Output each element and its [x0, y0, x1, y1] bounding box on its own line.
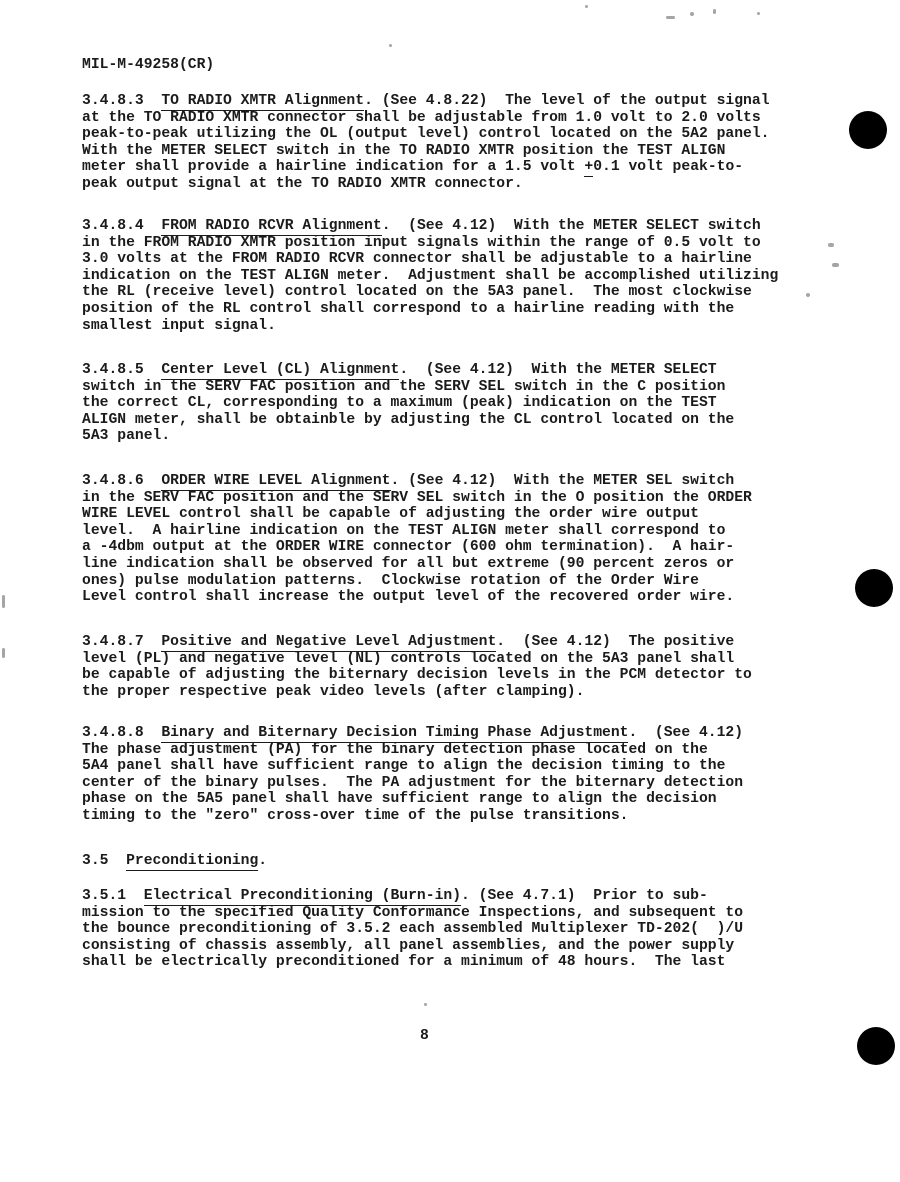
text-line: peak output signal at the TO RADIO XMTR …	[82, 176, 770, 193]
text-line: timing to the "zero" cross-over time of …	[82, 808, 743, 825]
paragraph-3.4.8.4: 3.4.8.4 FROM RADIO RCVR Alignment. (See …	[82, 218, 778, 334]
text-segment: meter shall provide a hairline indicatio…	[82, 159, 584, 175]
text-line: mission to the specified Quality Conform…	[82, 905, 743, 922]
text-segment: 0.1 volt peak-to-	[593, 159, 743, 175]
text-line: The phase adjustment (PA) for the binary…	[82, 742, 743, 759]
underlined-heading-text: FROM RADIO RCVR Alignment	[161, 218, 381, 236]
text-segment: phase on the 5A5 panel shall have suffic…	[82, 791, 717, 807]
punch-hole-mark	[855, 569, 893, 607]
underlined-heading-text: Center Level (CL) Alignment	[161, 362, 399, 380]
text-segment: With the METER SELECT switch in the TO R…	[82, 143, 725, 159]
text-segment: 3.4.8.8	[82, 725, 161, 741]
text-segment: 3.5	[82, 853, 126, 869]
underlined-heading-text: ORDER WIRE LEVEL Alignment	[161, 473, 390, 491]
text-segment: 3.5.1	[82, 888, 144, 904]
page-number: 8	[420, 1028, 429, 1045]
text-line: 3.5.1 Electrical Preconditioning (Burn-i…	[82, 888, 743, 905]
text-line: peak-to-peak utilizing the OL (output le…	[82, 126, 770, 143]
text-line: With the METER SELECT switch in the TO R…	[82, 143, 770, 160]
text-line: at the TO RADIO XMTR connector shall be …	[82, 110, 770, 127]
text-segment: be capable of adjusting the biternary de…	[82, 667, 752, 683]
text-segment: peak output signal at the TO RADIO XMTR …	[82, 176, 523, 192]
text-line: 3.4.8.5 Center Level (CL) Alignment. (Se…	[82, 362, 734, 379]
text-segment: 3.4.8.7	[82, 634, 161, 650]
text-segment: . (See 4.12) With the METER SELECT switc…	[382, 218, 761, 234]
text-segment: 3.4.8.6	[82, 473, 161, 489]
punch-hole-mark	[849, 111, 887, 149]
paragraph-3.5: 3.5 Preconditioning.	[82, 853, 267, 870]
scan-speck	[585, 5, 588, 8]
text-segment: level. A hairline indication on the TEST…	[82, 523, 725, 539]
text-line: ALIGN meter, shall be obtainble by adjus…	[82, 412, 734, 429]
text-segment: position of the RL control shall corresp…	[82, 301, 734, 317]
text-line: Level control shall increase the output …	[82, 589, 752, 606]
scan-speck	[832, 263, 839, 267]
paragraph-3.4.8.6: 3.4.8.6 ORDER WIRE LEVEL Alignment. (See…	[82, 473, 752, 606]
text-segment: smallest input signal.	[82, 318, 276, 334]
text-segment: mission to the specified Quality Conform…	[82, 905, 743, 921]
text-segment: line indication shall be observed for al…	[82, 556, 734, 572]
scan-speck	[806, 293, 810, 297]
text-line: 3.5 Preconditioning.	[82, 853, 267, 870]
scan-speck	[713, 9, 716, 14]
text-line: 3.4.8.3 TO RADIO XMTR Alignment. (See 4.…	[82, 93, 770, 110]
scan-speck	[2, 648, 5, 658]
scan-speck	[666, 16, 675, 19]
document-page: MIL-M-49258(CR) 3.4.8.3 TO RADIO XMTR Al…	[0, 0, 900, 1182]
document-id-header: MIL-M-49258(CR)	[82, 57, 214, 74]
underlined-heading-text: +	[584, 159, 593, 177]
underlined-heading-text: Positive and Negative Level Adjustment	[161, 634, 496, 652]
text-segment: a -4dbm output at the ORDER WIRE connect…	[82, 539, 734, 555]
text-segment: timing to the "zero" cross-over time of …	[82, 808, 628, 824]
text-segment: 3.4.8.4	[82, 218, 161, 234]
text-line: WIRE LEVEL control shall be capable of a…	[82, 506, 752, 523]
underlined-heading-text: Preconditioning	[126, 853, 258, 871]
scan-speck	[828, 243, 834, 247]
text-segment: the bounce preconditioning of 3.5.2 each…	[82, 921, 743, 937]
text-line: be capable of adjusting the biternary de…	[82, 667, 752, 684]
text-line: center of the binary pulses. The PA adju…	[82, 775, 743, 792]
scan-speck	[424, 1003, 427, 1006]
text-segment: WIRE LEVEL control shall be capable of a…	[82, 506, 699, 522]
text-segment: in the FROM RADIO XMTR position input si…	[82, 235, 761, 251]
underlined-heading-text: Binary and Biternary Decision Timing Pha…	[161, 725, 628, 743]
text-line: 3.0 volts at the FROM RADIO RCVR connect…	[82, 251, 778, 268]
text-segment: . (See 4.8.22) The level of the output s…	[364, 93, 769, 109]
text-line: 3.4.8.6 ORDER WIRE LEVEL Alignment. (See…	[82, 473, 752, 490]
scan-speck	[757, 12, 760, 15]
text-segment: 3.4.8.5	[82, 362, 161, 378]
text-line: smallest input signal.	[82, 318, 778, 335]
text-segment: the correct CL, corresponding to a maxim…	[82, 395, 717, 411]
text-line: 5A4 panel shall have sufficient range to…	[82, 758, 743, 775]
paragraph-3.4.8.5: 3.4.8.5 Center Level (CL) Alignment. (Se…	[82, 362, 734, 445]
text-segment: 5A4 panel shall have sufficient range to…	[82, 758, 725, 774]
text-line: switch in the SERV FAC position and the …	[82, 379, 734, 396]
text-segment: ALIGN meter, shall be obtainble by adjus…	[82, 412, 734, 428]
text-segment: the RL (receive level) control located o…	[82, 284, 752, 300]
text-segment: . (See 4.12) The positive	[496, 634, 734, 650]
text-segment: 5A3 panel.	[82, 428, 170, 444]
text-segment: Level control shall increase the output …	[82, 589, 734, 605]
text-line: the proper respective peak video levels …	[82, 684, 752, 701]
text-segment: at the TO RADIO XMTR connector shall be …	[82, 110, 761, 126]
text-line: a -4dbm output at the ORDER WIRE connect…	[82, 539, 752, 556]
text-segment: 3.4.8.3	[82, 93, 161, 109]
paragraph-3.4.8.8: 3.4.8.8 Binary and Biternary Decision Ti…	[82, 725, 743, 825]
text-segment: .	[258, 853, 267, 869]
text-segment: The phase adjustment (PA) for the binary…	[82, 742, 708, 758]
text-line: the bounce preconditioning of 3.5.2 each…	[82, 921, 743, 938]
scan-speck	[2, 595, 5, 608]
text-segment: . (See 4.12)	[628, 725, 743, 741]
underlined-heading-text: TO RADIO XMTR Alignment	[161, 93, 364, 111]
text-line: 3.4.8.8 Binary and Biternary Decision Ti…	[82, 725, 743, 742]
text-line: position of the RL control shall corresp…	[82, 301, 778, 318]
text-line: line indication shall be observed for al…	[82, 556, 752, 573]
text-line: in the FROM RADIO XMTR position input si…	[82, 235, 778, 252]
text-segment: shall be electrically preconditioned for…	[82, 954, 725, 970]
text-segment: ones) pulse modulation patterns. Clockwi…	[82, 573, 699, 589]
text-line: 5A3 panel.	[82, 428, 734, 445]
scan-speck	[389, 44, 392, 47]
text-segment: center of the binary pulses. The PA adju…	[82, 775, 743, 791]
text-line: level. A hairline indication on the TEST…	[82, 523, 752, 540]
text-segment: in the SERV FAC position and the SERV SE…	[82, 490, 752, 506]
text-segment: . (See 4.12) With the METER SEL switch	[391, 473, 735, 489]
text-line: ones) pulse modulation patterns. Clockwi…	[82, 573, 752, 590]
text-line: meter shall provide a hairline indicatio…	[82, 159, 770, 176]
text-line: consisting of chassis assembly, all pane…	[82, 938, 743, 955]
text-segment: indication on the TEST ALIGN meter. Adju…	[82, 268, 778, 284]
text-line: the correct CL, corresponding to a maxim…	[82, 395, 734, 412]
text-line: phase on the 5A5 panel shall have suffic…	[82, 791, 743, 808]
text-segment: 3.0 volts at the FROM RADIO RCVR connect…	[82, 251, 752, 267]
text-line: indication on the TEST ALIGN meter. Adju…	[82, 268, 778, 285]
punch-hole-mark	[857, 1027, 895, 1065]
paragraph-3.4.8.3: 3.4.8.3 TO RADIO XMTR Alignment. (See 4.…	[82, 93, 770, 193]
text-line: in the SERV FAC position and the SERV SE…	[82, 490, 752, 507]
paragraph-3.5.1: 3.5.1 Electrical Preconditioning (Burn-i…	[82, 888, 743, 971]
text-segment: peak-to-peak utilizing the OL (output le…	[82, 126, 770, 142]
text-line: 3.4.8.4 FROM RADIO RCVR Alignment. (See …	[82, 218, 778, 235]
text-segment: level (PL) and negative level (NL) contr…	[82, 651, 734, 667]
text-segment: consisting of chassis assembly, all pane…	[82, 938, 734, 954]
text-line: 3.4.8.7 Positive and Negative Level Adju…	[82, 634, 752, 651]
text-segment: the proper respective peak video levels …	[82, 684, 584, 700]
underlined-heading-text: Electrical Preconditioning (Burn-in)	[144, 888, 461, 906]
text-segment: . (See 4.7.1) Prior to sub-	[461, 888, 708, 904]
text-line: level (PL) and negative level (NL) contr…	[82, 651, 752, 668]
paragraph-3.4.8.7: 3.4.8.7 Positive and Negative Level Adju…	[82, 634, 752, 700]
text-segment: switch in the SERV FAC position and the …	[82, 379, 725, 395]
text-segment: . (See 4.12) With the METER SELECT	[399, 362, 716, 378]
text-line: shall be electrically preconditioned for…	[82, 954, 743, 971]
text-line: the RL (receive level) control located o…	[82, 284, 778, 301]
scan-speck	[690, 12, 694, 16]
